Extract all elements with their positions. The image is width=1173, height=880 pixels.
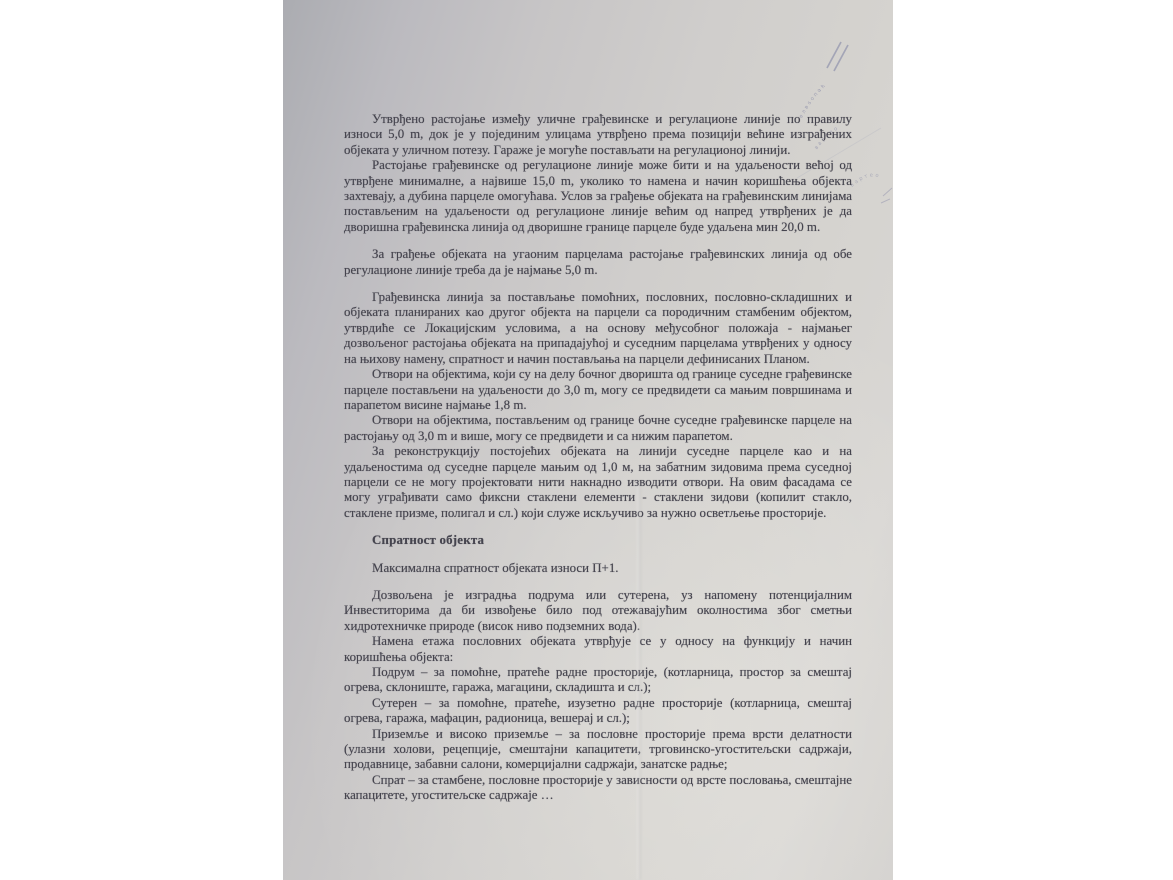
stamp-arc-text: вартео [849, 172, 881, 188]
para-openings-near-parcel-border: Отвори на објектима, који су на делу боч… [344, 367, 852, 413]
para-ground-floor-purpose: Приземље и високо приземље – за пословне… [344, 727, 852, 773]
scanned-document-page: елвѕопаћ вартео вартео Утврђено растојањ… [283, 0, 893, 880]
para-corner-parcel-rule: За грађење објеката на угаоним парцелама… [344, 247, 852, 278]
para-reconstruction-rule: За реконструкцију постојећих објеката на… [344, 444, 852, 521]
para-building-line-max-distance: Растојање грађевинске од регулационе лин… [344, 158, 852, 235]
section-heading-floors: Спратност објекта [344, 533, 852, 548]
para-basement-purpose: Подрум – за помоћне, пратеће радне прост… [344, 665, 852, 696]
para-upper-floor-purpose: Спрат – за стамбене, пословне просторије… [344, 773, 852, 804]
para-max-floors: Максимална спратност објеката износи П+1… [344, 561, 852, 576]
para-basement-note: Дозвољена је изградња подрума или сутере… [344, 588, 852, 634]
para-suterrain-purpose: Сутерен – за помоћне, пратеће, изузетно … [344, 696, 852, 727]
para-floor-purpose-intro: Намена етажа пословних објеката утврђује… [344, 634, 852, 665]
pen-slash-mark [827, 42, 848, 71]
para-openings-far-parcel-border: Отвори на објектима, постављеним од гран… [344, 413, 852, 444]
para-street-building-line-distance: Утврђено растојање између уличне грађеви… [344, 112, 852, 158]
document-text-block: Утврђено растојање између уличне грађеви… [344, 112, 852, 804]
para-auxiliary-objects-building-line: Грађевинска линија за постављање помоћни… [344, 290, 852, 367]
